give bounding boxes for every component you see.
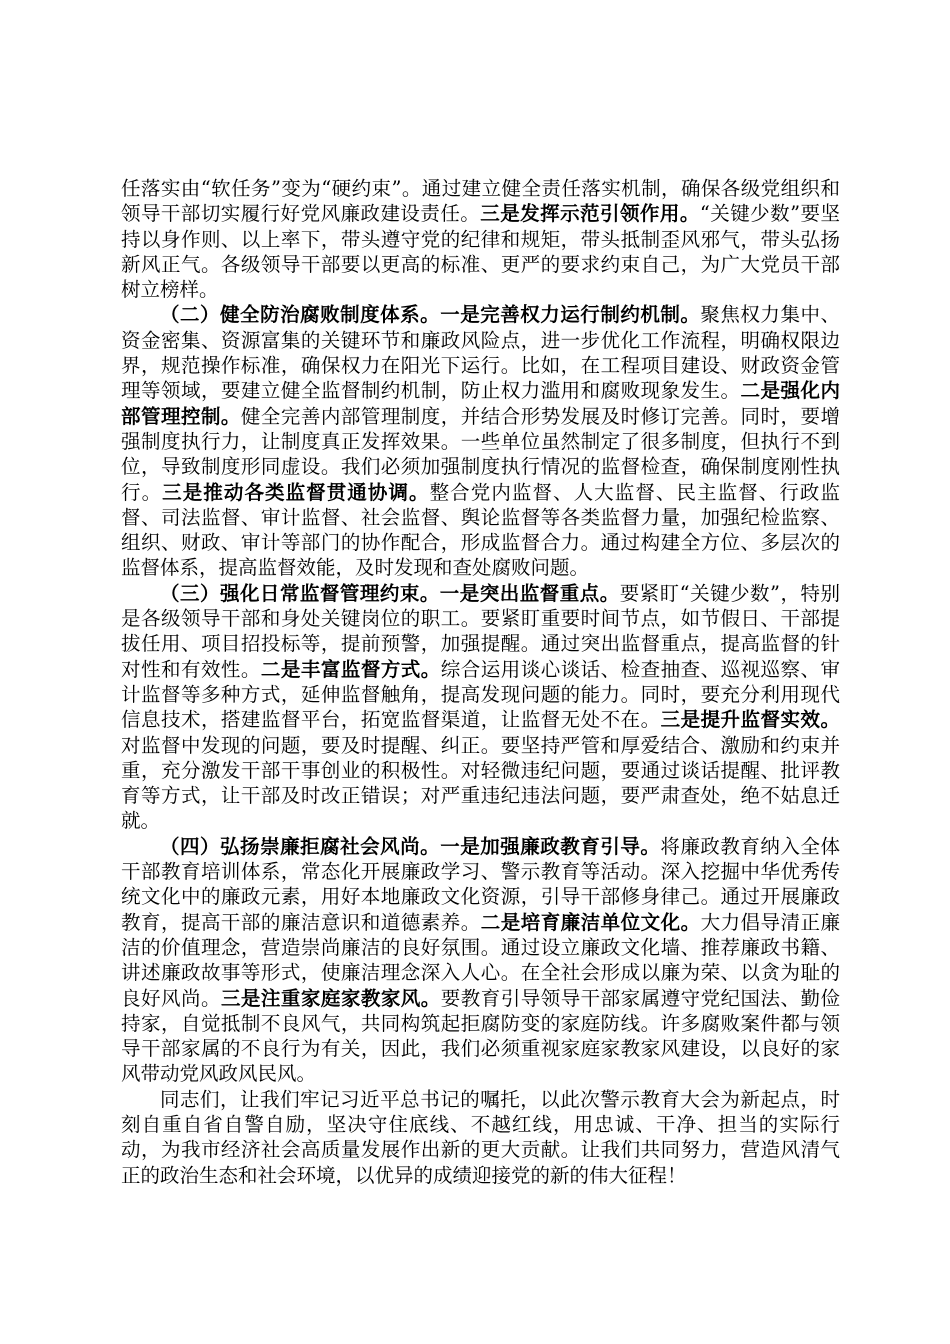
text-run: 对监督中发现的问题，要及时提醒、纠正。要坚持严管和厚爱结合、激励和约束并重，充分… <box>121 734 840 833</box>
bold-text-run: 二是丰富监督方式。 <box>261 658 441 681</box>
paragraph-3: （三）强化日常监督管理约束。一是突出监督重点。要紧盯“关键少数”，特别是各级领导… <box>121 581 840 834</box>
document-page: 任落实由“软任务”变为“硬约束”。通过建立健全责任落实机制，确保各级党组织和领导… <box>0 0 950 1344</box>
paragraph-2: （二）健全防治腐败制度体系。一是完善权力运行制约机制。聚焦权力集中、资金密集、资… <box>121 302 840 580</box>
bold-text-run: （三）强化日常监督管理约束。一是突出监督重点。 <box>160 582 620 605</box>
bold-text-run: （四）弘扬崇廉拒腐社会风尚。一是加强廉政教育引导。 <box>160 835 660 858</box>
bold-text-run: 三是注重家庭家教家风。 <box>221 987 441 1010</box>
document-body: 任落实由“软任务”变为“硬约束”。通过建立健全责任落实机制，确保各级党组织和领导… <box>121 176 840 1188</box>
paragraph-4: （四）弘扬崇廉拒腐社会风尚。一是加强廉政教育引导。将廉政教育纳入全体干部教育培训… <box>121 834 840 1087</box>
bold-text-run: 二是培育廉洁单位文化。 <box>481 911 701 934</box>
bold-text-run: 三是提升监督实效。 <box>661 708 840 731</box>
paragraph-1: 任落实由“软任务”变为“硬约束”。通过建立健全责任落实机制，确保各级党组织和领导… <box>121 176 840 302</box>
bold-text-run: 三是发挥示范引领作用。 <box>480 202 700 225</box>
paragraph-5: 同志们，让我们牢记习近平总书记的嘱托，以此次警示教育大会为新起点，时刻自重自省自… <box>121 1087 840 1188</box>
text-run: 同志们，让我们牢记习近平总书记的嘱托，以此次警示教育大会为新起点，时刻自重自省自… <box>121 1088 840 1187</box>
bold-text-run: 三是推动各类监督贯通协调。 <box>162 481 429 504</box>
bold-text-run: （二）健全防治腐败制度体系。一是完善权力运行制约机制。 <box>160 303 700 326</box>
